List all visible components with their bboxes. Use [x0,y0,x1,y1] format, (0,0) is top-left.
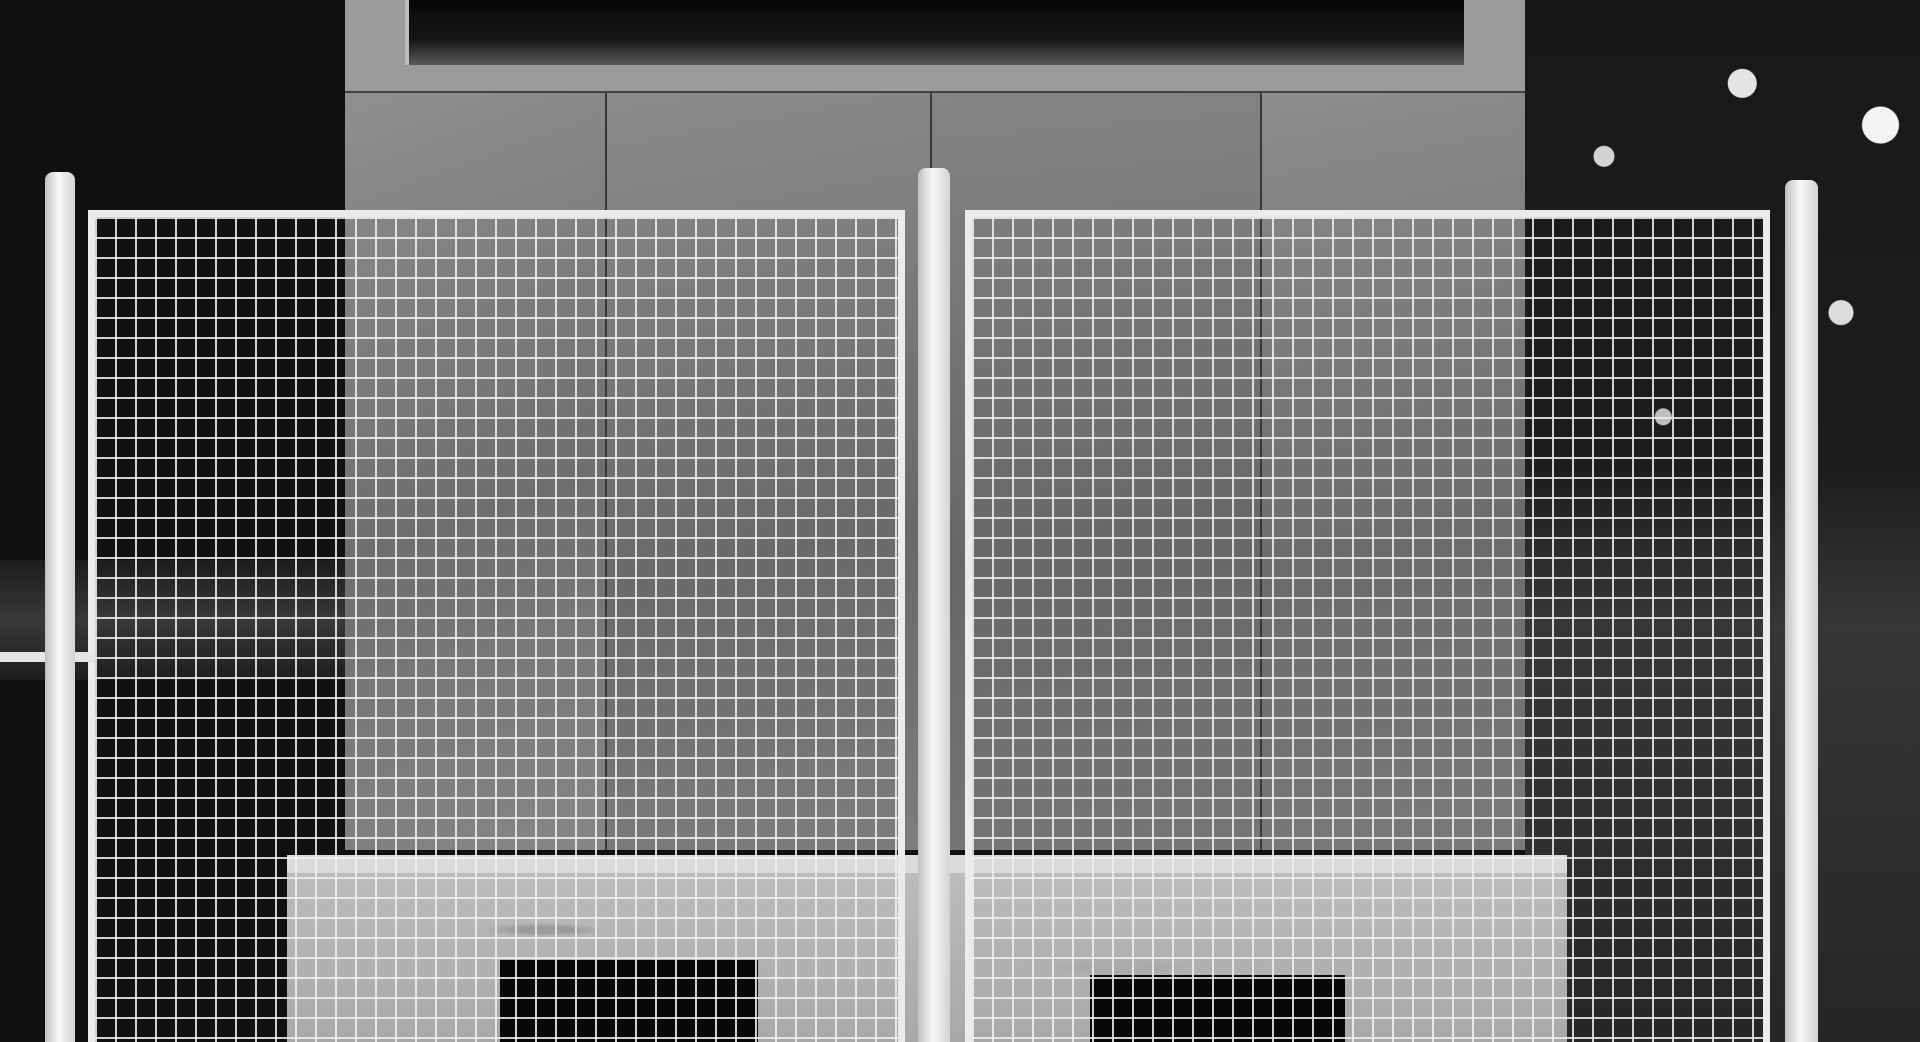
mesh-fence-panel-right [965,210,1770,1042]
top-window-slot [405,0,1464,65]
fence-post-right [1785,180,1818,1042]
mesh-fence-panel-left [88,210,905,1042]
photograph [0,0,1920,1042]
fence-post-center [918,168,950,1042]
fence-post-left [45,172,75,1042]
